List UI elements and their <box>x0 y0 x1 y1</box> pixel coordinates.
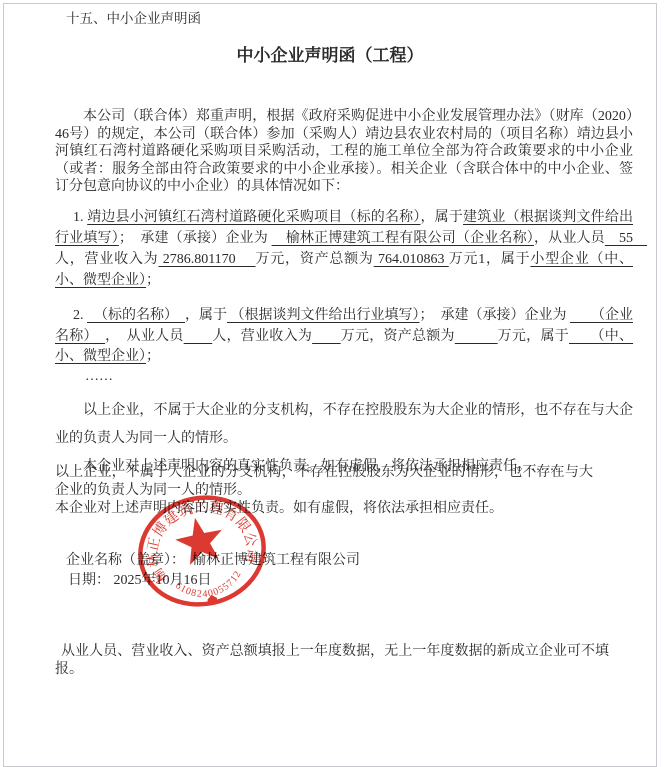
plain-text: 1. <box>73 210 87 225</box>
underlined-field: 764.010863 <box>374 252 449 267</box>
section-heading: 十五、中小企业声明函 <box>66 10 201 28</box>
doc-title: 中小企业声明函（工程） <box>4 45 656 67</box>
underlined-field <box>312 329 341 344</box>
underlined-field: 榆林正博建筑工程有限公司（企业名称） <box>272 231 534 246</box>
plain-text: ； <box>146 273 160 288</box>
plain-text: ，属于 <box>185 308 227 323</box>
underlined-field <box>184 329 213 344</box>
plain-text: 万元，资产总额为 <box>256 252 374 267</box>
underlined-field: （根据谈判文件给出行业填写） <box>227 308 420 323</box>
item-1-paragraph: 1. 靖边县小河镇红石湾村道路硬化采购项目（标的名称），属于建筑业（根据谈判文件… <box>55 207 633 291</box>
plain-text: ， 从业人员 <box>105 329 184 344</box>
underlined-field: 2786.801170 <box>158 252 255 267</box>
underlined-field <box>455 329 498 344</box>
underlined-field: 55 <box>605 231 647 246</box>
plain-text: ； 承建（承接）企业为 <box>420 308 571 323</box>
plain-text: ； <box>146 349 160 364</box>
intro-paragraph: 本公司（联合体）郑重声明，根据《政府采购促进中小企业发展管理办法》（财库（202… <box>55 108 633 196</box>
plain-text: 万元1，属于 <box>449 252 531 267</box>
plain-text: ，从业人员 <box>534 231 605 246</box>
item-2-paragraph: 2. （标的名称） ，属于 （根据谈判文件给出行业填写）； 承建（承接）企业为 … <box>55 306 633 368</box>
no-affiliation-paragraph: 以上企业，不属于大企业的分支机构，不存在控股股东为大企业的情形，也不存在与大企业… <box>55 397 633 452</box>
plain-text: 2. <box>73 308 87 323</box>
document-page: 十五、中小企业声明函 中小企业声明函（工程） 本公司（联合体）郑重声明，根据《政… <box>3 3 657 767</box>
footnote-paragraph: 从业人员、营业收入、资产总额填报上一年度数据，无上一年度数据的新成立企业可不填报… <box>55 643 609 680</box>
company-stamp: 榆林正博建筑工程有限公司 6108240055712 <box>127 486 277 616</box>
plain-text: ，属于 <box>421 210 464 225</box>
underlined-field: 靖边县小河镇红石湾村道路硬化采购项目（标的名称） <box>87 210 420 225</box>
underlined-field: （标的名称） <box>87 308 185 323</box>
plain-text: 人，营业收入为 <box>55 252 158 267</box>
plain-text: 人，营业收入为 <box>212 329 312 344</box>
plain-text: ； 承建（承接）企业为 <box>119 231 272 246</box>
ellipsis-line: …… <box>55 369 113 385</box>
plain-text: 万元，资产总额为 <box>341 329 455 344</box>
plain-text: 万元，属于 <box>498 329 569 344</box>
